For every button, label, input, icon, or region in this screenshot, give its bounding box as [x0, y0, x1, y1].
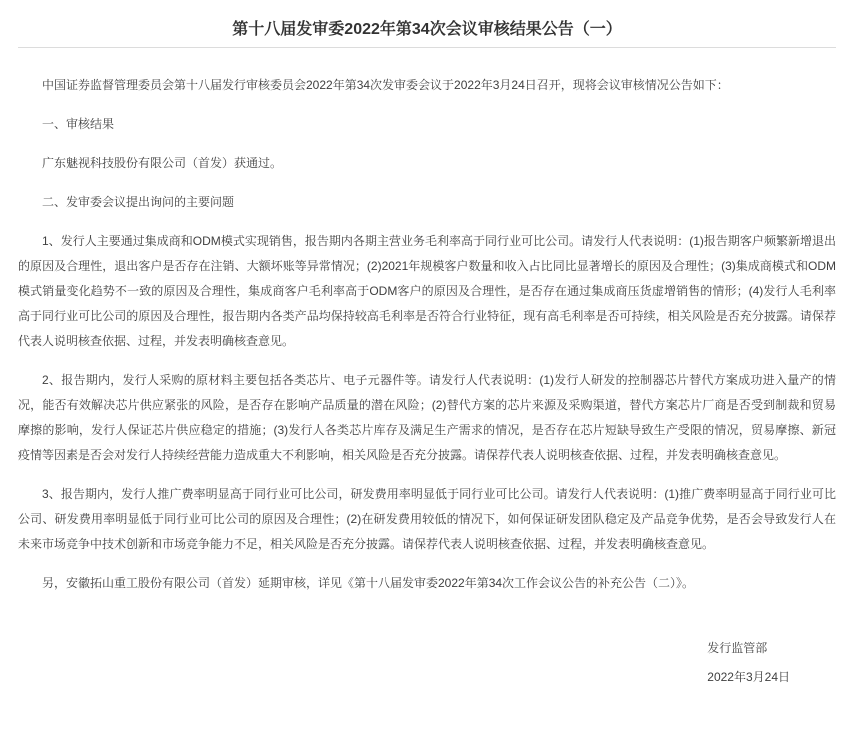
- question-paragraph-3: 3、报告期内，发行人推广费率明显高于同行业可比公司，研发费用率明显低于同行业可比…: [18, 482, 836, 557]
- section2-heading: 二、发审委会议提出询问的主要问题: [18, 190, 836, 215]
- title-divider: [18, 47, 836, 48]
- announcement-page: 第十八届发审委2022年第34次会议审核结果公告（一） 中国证券监督管理委员会第…: [0, 0, 854, 734]
- section1-result: 广东魅视科技股份有限公司（首发）获通过。: [18, 151, 836, 176]
- announcement-body: 中国证券监督管理委员会第十八届发行审核委员会2022年第34次发审委会议于202…: [18, 73, 836, 692]
- intro-paragraph: 中国证券监督管理委员会第十八届发行审核委员会2022年第34次发审委会议于202…: [18, 73, 836, 98]
- question-paragraph-2: 2、报告期内，发行人采购的原材料主要包括各类芯片、电子元器件等。请发行人代表说明…: [18, 368, 836, 468]
- question-paragraph-1: 1、发行人主要通过集成商和ODM模式实现销售，报告期内各期主营业务毛利率高于同行…: [18, 229, 836, 354]
- closing-paragraph: 另，安徽拓山重工股份有限公司（首发）延期审核，详见《第十八届发审委2022年第3…: [18, 571, 836, 596]
- signature-department: 发行监管部: [707, 634, 790, 663]
- signature-block: 发行监管部 2022年3月24日: [707, 634, 790, 692]
- page-title: 第十八届发审委2022年第34次会议审核结果公告（一）: [18, 0, 836, 47]
- section1-heading: 一、审核结果: [18, 112, 836, 137]
- signature-date: 2022年3月24日: [707, 663, 790, 692]
